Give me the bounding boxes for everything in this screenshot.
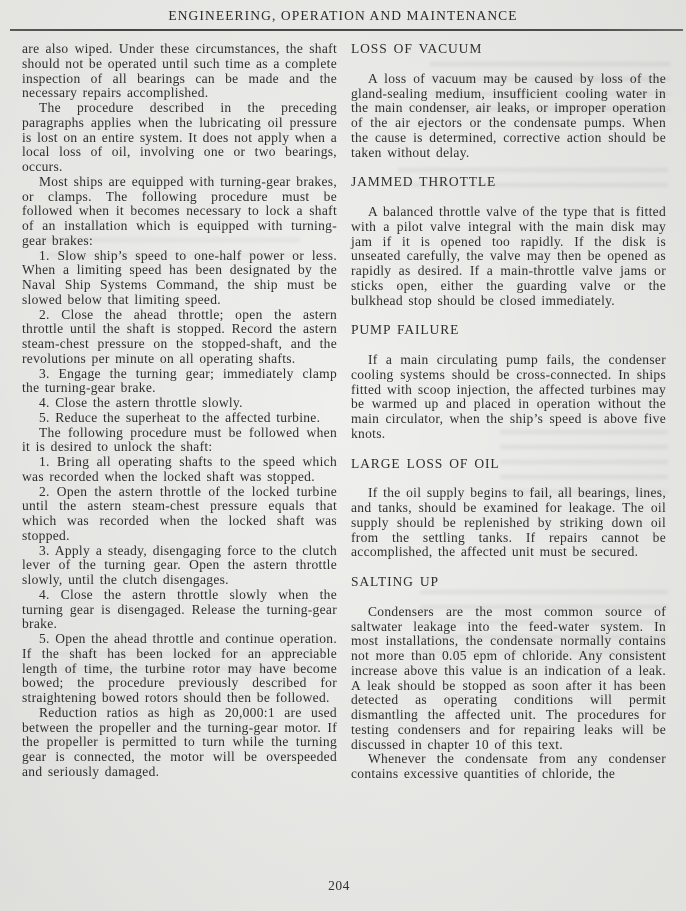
right-column: LOSS OF VACUUMA loss of vacuum may be ca…: [351, 42, 666, 782]
text-block: 1. Bring all operating shafts to the spe…: [22, 455, 337, 485]
scanned-document-page: ENGINEERING, OPERATION AND MAINTENANCE a…: [0, 0, 686, 911]
text-block: 3. Engage the turning gear; immediately …: [22, 367, 337, 397]
text-block: 4. Close the astern throttle slowly when…: [22, 588, 337, 632]
section-heading: LARGE LOSS OF OIL: [351, 457, 666, 472]
text-block: Most ships are equipped with turning-gea…: [22, 175, 337, 249]
text-block: The procedure described in the preceding…: [22, 101, 337, 175]
text-block: If the oil supply begins to fail, all be…: [351, 486, 666, 560]
page-header: ENGINEERING, OPERATION AND MAINTENANCE: [0, 0, 686, 31]
section-heading: PUMP FAILURE: [351, 323, 666, 338]
section-heading: JAMMED THROTTLE: [351, 175, 666, 190]
page-number: 204: [0, 878, 678, 894]
text-block: 1. Slow ship’s speed to one-half power o…: [22, 249, 337, 308]
text-block: 4. Close the astern throttle slowly.: [22, 396, 337, 411]
running-head-title: ENGINEERING, OPERATION AND MAINTENANCE: [0, 0, 686, 24]
text-block: Condensers are the most common source of…: [351, 605, 666, 753]
text-block: Reduction ratios as high as 20,000:1 are…: [22, 706, 337, 780]
text-block: 5. Open the ahead throttle and continue …: [22, 632, 337, 706]
text-block: 2. Close the ahead throttle; open the as…: [22, 308, 337, 367]
text-block: are also wiped. Under these circumstance…: [22, 42, 337, 101]
text-block: 3. Apply a steady, disengaging force to …: [22, 544, 337, 588]
two-column-body: are also wiped. Under these circumstance…: [0, 31, 686, 782]
text-block: 5. Reduce the superheat to the affected …: [22, 411, 337, 426]
text-block: A balanced throttle valve of the type th…: [351, 205, 666, 308]
left-column: are also wiped. Under these circumstance…: [22, 42, 337, 782]
section-heading: SALTING UP: [351, 575, 666, 590]
section-heading: LOSS OF VACUUM: [351, 42, 666, 57]
text-block: A loss of vacuum may be caused by loss o…: [351, 72, 666, 161]
text-block: The following procedure must be followed…: [22, 426, 337, 456]
text-block: 2. Open the astern throttle of the locke…: [22, 485, 337, 544]
text-block: If a main circulating pump fails, the co…: [351, 353, 666, 442]
text-block: Whenever the condensate from any condens…: [351, 752, 666, 782]
